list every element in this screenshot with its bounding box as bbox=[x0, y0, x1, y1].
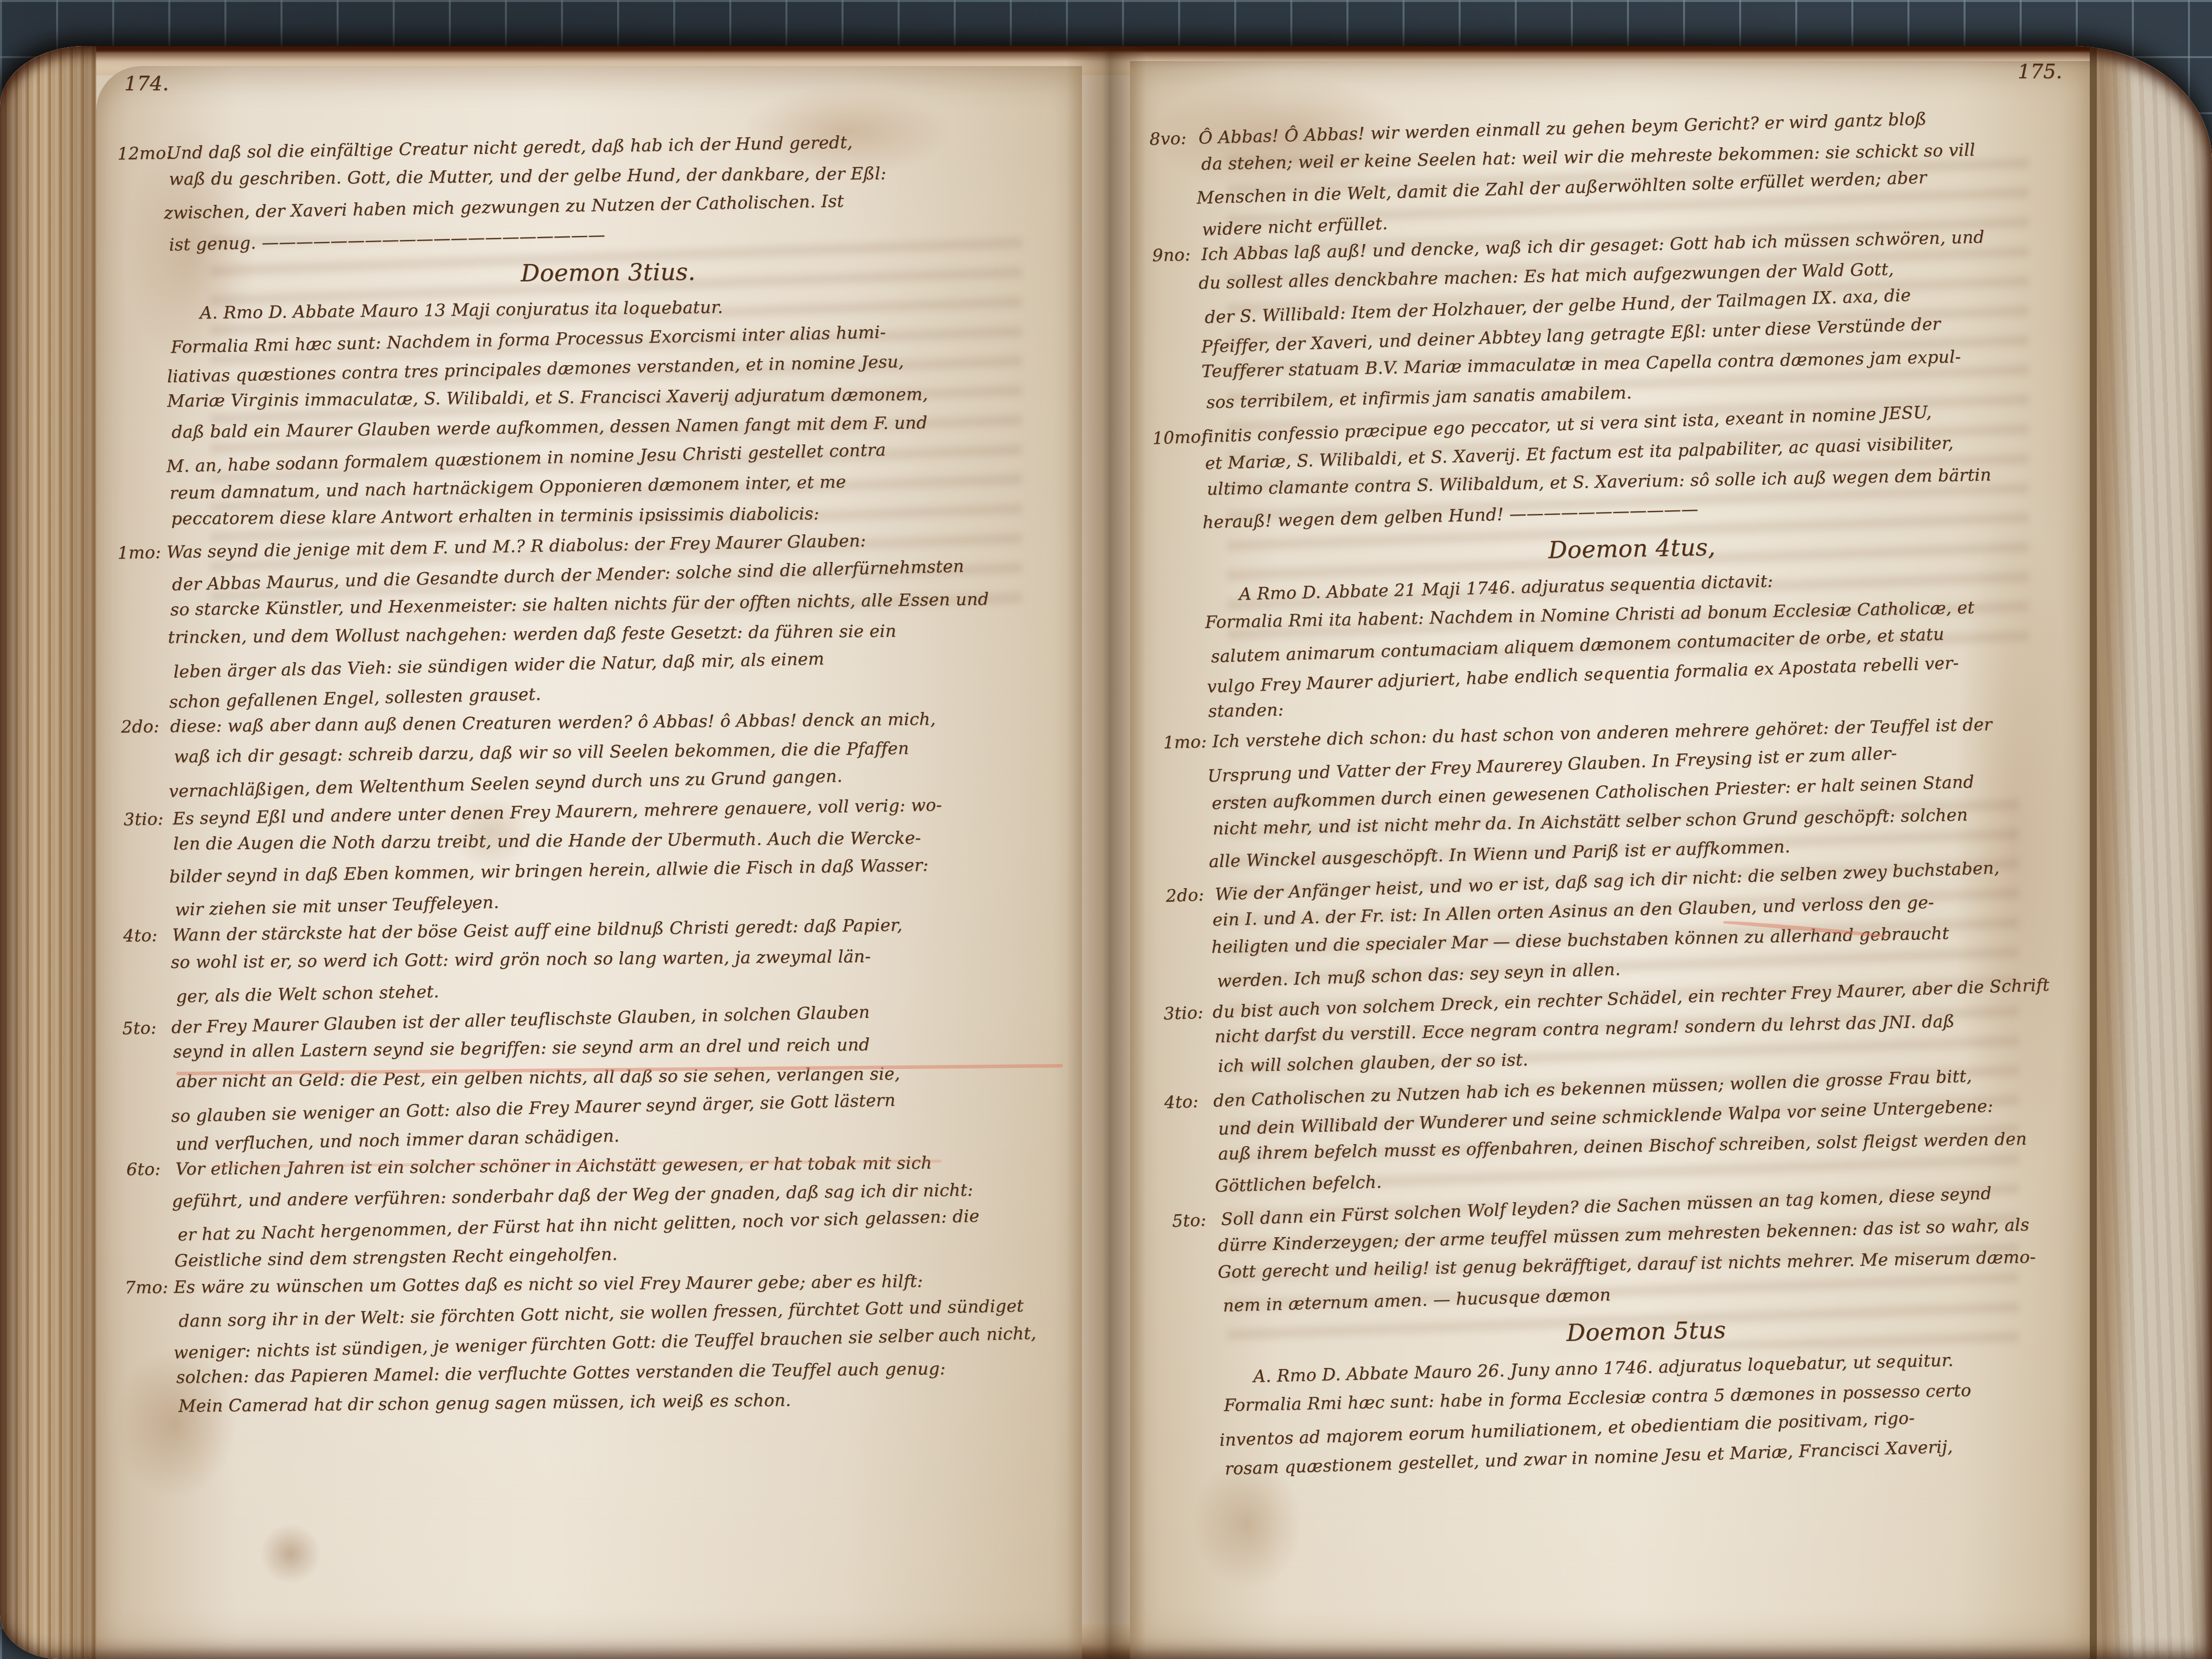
line-text: ich will solchen glauben, der so ist. bbox=[1218, 1050, 1528, 1076]
line-text: Vor etlichen Jahren ist ein solcher schö… bbox=[175, 1153, 932, 1179]
left-page-text: 12mo:Und daß sol die einfältige Creatur … bbox=[166, 128, 1058, 1421]
line-text: solchen: das Papieren Mamel: die verfluc… bbox=[176, 1359, 946, 1388]
line-text: Mariæ Virginis immaculatæ, S. Wilibaldi,… bbox=[167, 384, 928, 411]
line-text: peccatorem diese klare Antwort erhalten … bbox=[171, 504, 819, 529]
line-text: ger, als die Welt schon stehet. bbox=[176, 982, 439, 1007]
item-number-marker: 5to: bbox=[122, 1013, 157, 1044]
item-number-marker: 4to: bbox=[123, 921, 157, 951]
item-number-marker: 2do: bbox=[121, 712, 159, 742]
section-heading: Doemon 3tius. bbox=[167, 253, 1049, 293]
item-number-marker: 1mo: bbox=[117, 538, 161, 568]
line-text: widere nicht erfüllet. bbox=[1202, 213, 1388, 239]
line-text: Göttlichen befelch. bbox=[1215, 1172, 1382, 1196]
page-number-left: 174. bbox=[124, 72, 169, 95]
line-text: trincken, und dem Wollust nachgehen: wer… bbox=[168, 621, 897, 648]
open-book: 174. 175. 12mo:Und daß sol die einfältig… bbox=[0, 46, 2212, 1659]
line-text: diese: waß aber dann auß denen Creaturen… bbox=[170, 709, 936, 737]
item-number-marker: 3tio: bbox=[123, 804, 164, 835]
right-page-text: 8vo:Ô Abbas! Ô Abbas! wir werden einmall… bbox=[1198, 105, 2074, 1479]
line-text: waß du geschriben. Gott, die Mutter, und… bbox=[169, 164, 886, 189]
line-text: Wann der stärckste hat der böse Geist au… bbox=[172, 915, 903, 945]
line-text: schon gefallenen Engel, sollesten grause… bbox=[169, 684, 541, 712]
line-text: und verfluchen, und noch immer daran sch… bbox=[175, 1126, 620, 1155]
item-number-marker: 10mo: bbox=[1152, 422, 1208, 454]
item-number-marker: 1mo: bbox=[1163, 727, 1207, 758]
line-text: ist genug. ———————————————————— bbox=[169, 225, 606, 255]
page-number-right: 175. bbox=[2018, 60, 2062, 83]
gutter-shadow bbox=[1066, 46, 1146, 1659]
right-endpaper-cover bbox=[2090, 46, 2212, 1659]
item-number-marker: 2do: bbox=[1165, 881, 1204, 912]
line-text: Geistliche sind dem strengsten Recht ein… bbox=[174, 1244, 618, 1271]
line-text: so starcke Künstler, und Hexenmeister: s… bbox=[170, 589, 989, 620]
line-text: len die Augen die Noth darzu treibt, und… bbox=[173, 828, 921, 854]
item-number-marker: 4to: bbox=[1164, 1087, 1199, 1118]
line-text: seynd in allen Lastern seynd sie begriff… bbox=[173, 1035, 870, 1062]
line-text: nem in æternum amen. — hucusque dæmon bbox=[1223, 1285, 1611, 1316]
line-text: sos terribilem, et infirmis jam sanatis … bbox=[1206, 383, 1632, 413]
line-text: aber nicht an Geld: die Pest, ein gelben… bbox=[176, 1064, 901, 1091]
item-number-marker: 9no: bbox=[1152, 240, 1191, 271]
line-text: so wohl ist er, so werd ich Gott: wird g… bbox=[171, 947, 871, 973]
item-number-marker: 3tio: bbox=[1163, 998, 1204, 1029]
item-number-marker: 6to: bbox=[126, 1155, 161, 1185]
line-text: Und daß sol die einfältige Creatur nicht… bbox=[166, 132, 853, 163]
line-text: standen: bbox=[1208, 700, 1284, 721]
item-number-marker: 5to: bbox=[1172, 1206, 1207, 1236]
line-text: Es wäre zu wünschen um Gottes daß es nic… bbox=[174, 1271, 923, 1297]
line-text: Mein Camerad hat dir schon genug sagen m… bbox=[178, 1391, 791, 1417]
book-fore-edge-left bbox=[0, 46, 96, 1659]
line-text: herauß! wegen dem gelben Hund! —————————… bbox=[1202, 499, 1699, 533]
item-number-marker: 12mo: bbox=[117, 139, 172, 169]
item-number-marker: 8vo: bbox=[1149, 124, 1187, 154]
item-number-marker: 7mo: bbox=[125, 1273, 168, 1303]
line-text: wir ziehen sie mit unser Teuffeleyen. bbox=[175, 892, 499, 920]
